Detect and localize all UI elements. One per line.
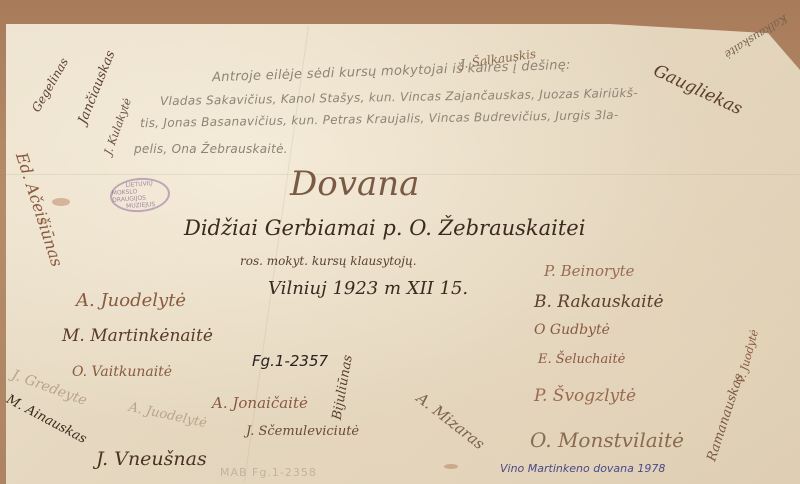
signature: O. Vaitkunaitė bbox=[72, 364, 172, 380]
stamp-line: MUZIEJUS bbox=[126, 201, 156, 210]
signature: A. Juodelytė bbox=[76, 290, 186, 311]
signature: P. Beinoryte bbox=[544, 262, 635, 280]
dedication-line: Didžiai Gerbiamai p. O. Žebrauskaitei bbox=[184, 216, 585, 240]
signature: B. Rakauskaitė bbox=[534, 292, 664, 312]
signature: J. Vneušnas bbox=[96, 448, 207, 470]
place-date: Vilniuj 1923 m XII 15. bbox=[268, 278, 468, 299]
signature: O Gudbytė bbox=[534, 322, 610, 338]
acquisition-note: Vino Martinkeno dovana 1978 bbox=[500, 462, 665, 475]
catalog-number: Fg.1-2357 bbox=[252, 352, 328, 370]
dedication-sub: ros. mokyt. kursų klausytojų. bbox=[240, 254, 417, 268]
signature: E. Šeluchaitė bbox=[538, 352, 625, 367]
signature: J. Sčemuleviciutė bbox=[246, 424, 359, 439]
signature: A. Jonaičaitė bbox=[212, 394, 308, 412]
signature: M. Martinkėnaitė bbox=[62, 326, 213, 346]
catalog-number-faint: MAB Fg.1-2358 bbox=[220, 466, 317, 479]
stain bbox=[444, 464, 458, 469]
signature: O. Monstvilaitė bbox=[530, 428, 684, 452]
caption-line-4: pelis, Ona Žebrauskaitė. bbox=[134, 142, 288, 156]
document-title: Dovana bbox=[290, 164, 419, 204]
stain bbox=[52, 198, 70, 206]
signature: P. Švogzlytė bbox=[534, 386, 636, 406]
